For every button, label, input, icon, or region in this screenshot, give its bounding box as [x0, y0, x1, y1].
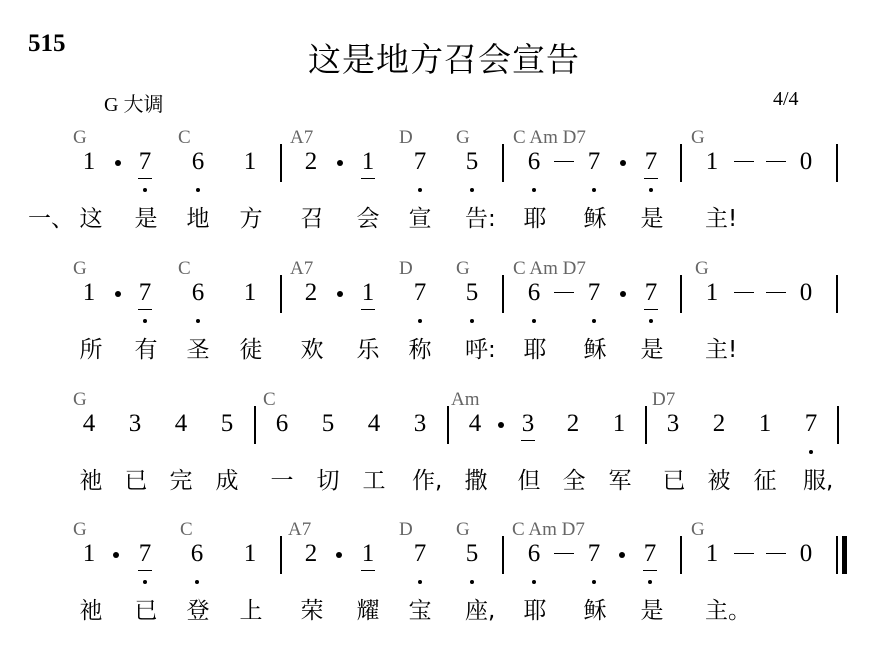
note: 6: [524, 279, 544, 307]
lyric: 征: [750, 462, 780, 495]
barline: [447, 406, 449, 444]
note: 2: [563, 410, 583, 438]
lyric: 地: [183, 200, 213, 233]
lyric: 圣: [183, 331, 213, 364]
lyric: 军: [605, 462, 635, 495]
chord: G: [456, 128, 470, 148]
barline: [502, 144, 504, 182]
augmentation-dot: [115, 160, 121, 166]
note: 6: [188, 279, 208, 307]
lyric: 呼:: [465, 331, 495, 364]
barline: [680, 275, 682, 313]
barline: [680, 144, 682, 182]
chord: G: [691, 520, 705, 540]
chord: G: [456, 259, 470, 279]
lyric: 全: [559, 462, 589, 495]
extension-dash: [766, 553, 786, 554]
augmentation-dot: [115, 291, 121, 297]
lyric: 工: [359, 462, 389, 495]
note: 3: [410, 410, 430, 438]
chord: D: [399, 259, 413, 279]
extension-dash: [554, 553, 574, 554]
chord: A7: [290, 128, 313, 148]
lyric: 服,: [803, 462, 833, 495]
note: 7: [410, 148, 430, 176]
music-line-3: G C Am D7 4 3 4 5 6 5 4 3 4 3 2 1 3 2 1 …: [0, 390, 893, 510]
note: 5: [462, 148, 482, 176]
note: 2: [301, 148, 321, 176]
note: 7: [641, 279, 661, 307]
augmentation-dot: [113, 552, 119, 558]
barline: [680, 536, 682, 574]
barline: [836, 536, 838, 574]
note: 5: [318, 410, 338, 438]
lyric: 告:: [465, 200, 495, 233]
note: 7: [641, 148, 661, 176]
lyric: 耶: [520, 200, 550, 233]
barline: [502, 275, 504, 313]
lyric: 徒: [236, 331, 266, 364]
chord: A7: [290, 259, 313, 279]
lyric: 召: [297, 200, 327, 233]
chord: C: [178, 259, 191, 279]
lyric: 是: [637, 592, 667, 625]
note: 1: [702, 540, 722, 568]
lyric: 祂: [76, 592, 106, 625]
note: 3: [125, 410, 145, 438]
lyric: 耀: [353, 592, 383, 625]
note: 1: [79, 540, 99, 568]
lyric: 荣: [297, 592, 327, 625]
music-line-1: G C A7 D G C Am D7 G 1 7 6 1 2 1 7 5 6 7…: [0, 128, 893, 248]
note: 2: [301, 279, 321, 307]
lyric: 稣: [580, 592, 610, 625]
note: 7: [584, 279, 604, 307]
note: 6: [272, 410, 292, 438]
note: 5: [462, 540, 482, 568]
chord: C Am D7: [513, 128, 586, 148]
lyric: 主!: [705, 331, 735, 364]
chord: G: [695, 259, 709, 279]
note: 1: [358, 148, 378, 176]
lyric: 是: [637, 331, 667, 364]
extension-dash: [734, 161, 754, 162]
note: 6: [187, 540, 207, 568]
lyric: 主!: [705, 200, 735, 233]
extension-dash: [554, 161, 574, 162]
note: 1: [609, 410, 629, 438]
lyric: 这: [76, 200, 106, 233]
key-signature: G 大调: [104, 88, 163, 117]
lyric: 稣: [580, 200, 610, 233]
lyric: 登: [183, 592, 213, 625]
chord: G: [73, 520, 87, 540]
barline: [502, 536, 504, 574]
lyric: 宣: [405, 200, 435, 233]
augmentation-dot: [498, 422, 504, 428]
music-line-4: G C A7 D G C Am D7 G 1 7 6 1 2 1 7 5 6 7…: [0, 520, 893, 640]
time-signature: 4/4: [773, 88, 799, 111]
note: 1: [755, 410, 775, 438]
lyric: 撒: [461, 462, 491, 495]
extension-dash: [734, 292, 754, 293]
extension-dash: [766, 161, 786, 162]
verse-number: 一、: [28, 200, 74, 233]
chord: G: [691, 128, 705, 148]
note: 5: [217, 410, 237, 438]
lyric: 耶: [520, 592, 550, 625]
note: 2: [301, 540, 321, 568]
lyric: 是: [131, 200, 161, 233]
lyric: 作,: [412, 462, 442, 495]
lyric: 有: [131, 331, 161, 364]
lyric: 上: [236, 592, 266, 625]
barline: [836, 275, 838, 313]
lyric: 耶: [520, 331, 550, 364]
lyric: 宝: [405, 592, 435, 625]
note: 6: [188, 148, 208, 176]
augmentation-dot: [620, 160, 626, 166]
lyric: 欢: [297, 331, 327, 364]
note: 1: [240, 279, 260, 307]
note: 1: [240, 540, 260, 568]
barline: [645, 406, 647, 444]
chord: C Am D7: [512, 520, 585, 540]
lyric: 已: [121, 462, 151, 495]
lyric: 稣: [580, 331, 610, 364]
note: 0: [796, 540, 816, 568]
barline: [837, 406, 839, 444]
chord: G: [73, 259, 87, 279]
augmentation-dot: [620, 291, 626, 297]
lyric: 一: [267, 462, 297, 495]
note: 1: [79, 148, 99, 176]
lyric: 被: [704, 462, 734, 495]
barline: [280, 275, 282, 313]
chord: A7: [288, 520, 311, 540]
lyric: 祂: [76, 462, 106, 495]
lyric: 方: [236, 200, 266, 233]
extension-dash: [766, 292, 786, 293]
note: 7: [135, 148, 155, 176]
note: 7: [801, 410, 821, 438]
note: 4: [171, 410, 191, 438]
lyric: 是: [637, 200, 667, 233]
augmentation-dot: [619, 552, 625, 558]
lyric: 座,: [465, 592, 495, 625]
hymn-number: 515: [28, 30, 66, 58]
note: 1: [702, 148, 722, 176]
chord: C: [180, 520, 193, 540]
note: 7: [135, 540, 155, 568]
chord: Am: [451, 390, 480, 410]
note: 1: [702, 279, 722, 307]
lyric: 切: [313, 462, 343, 495]
note: 1: [358, 279, 378, 307]
extension-dash: [554, 292, 574, 293]
barline: [836, 144, 838, 182]
lyric: 所: [76, 331, 106, 364]
lyric: 会: [353, 200, 383, 233]
note: 2: [709, 410, 729, 438]
note: 7: [135, 279, 155, 307]
chord: C: [263, 390, 276, 410]
note: 3: [518, 410, 538, 438]
lyric: 主。: [705, 592, 735, 625]
note: 7: [640, 540, 660, 568]
note: 0: [796, 279, 816, 307]
lyric: 成: [212, 462, 242, 495]
chord: D: [399, 128, 413, 148]
song-title: 这是地方召会宣告: [308, 34, 580, 81]
music-line-2: G C A7 D G C Am D7 G 1 7 6 1 2 1 7 5 6 7…: [0, 259, 893, 379]
chord: G: [456, 520, 470, 540]
chord: G: [73, 128, 87, 148]
chord: D: [399, 520, 413, 540]
lyric: 已: [659, 462, 689, 495]
note: 1: [358, 540, 378, 568]
note: 6: [524, 148, 544, 176]
note: 4: [364, 410, 384, 438]
augmentation-dot: [336, 552, 342, 558]
note: 4: [465, 410, 485, 438]
lyric: 已: [131, 592, 161, 625]
final-barline: [842, 536, 847, 574]
chord: C Am D7: [513, 259, 586, 279]
note: 6: [524, 540, 544, 568]
note: 1: [79, 279, 99, 307]
note: 7: [584, 540, 604, 568]
note: 7: [410, 279, 430, 307]
chord: G: [73, 390, 87, 410]
note: 1: [240, 148, 260, 176]
note: 0: [796, 148, 816, 176]
lyric: 乐: [353, 331, 383, 364]
lyric: 完: [166, 462, 196, 495]
augmentation-dot: [337, 291, 343, 297]
note: 5: [462, 279, 482, 307]
chord: D7: [652, 390, 675, 410]
lyric: 但: [514, 462, 544, 495]
note: 7: [584, 148, 604, 176]
chord: C: [178, 128, 191, 148]
extension-dash: [734, 553, 754, 554]
lyric: 称: [405, 331, 435, 364]
barline: [280, 536, 282, 574]
note: 7: [410, 540, 430, 568]
barline: [280, 144, 282, 182]
augmentation-dot: [337, 160, 343, 166]
barline: [254, 406, 256, 444]
note: 3: [663, 410, 683, 438]
note: 4: [79, 410, 99, 438]
